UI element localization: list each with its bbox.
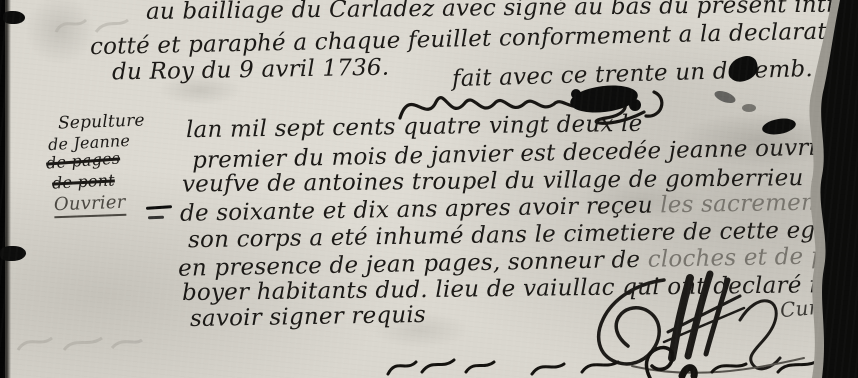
margin-line-ouvrier: Ouvrier (54, 192, 126, 218)
margin-dash-1 (146, 205, 172, 210)
header-line-3: du Roy du 9 avril 1736. (112, 55, 390, 86)
margin-dash-2 (148, 216, 164, 220)
ink-blob-left-top (3, 11, 25, 24)
act-line-1-text: lan mil sept cents quatre vingt deux le (186, 111, 643, 143)
act-line-8-text: savoir signer requis (190, 302, 426, 332)
cutoff-bottom-line (382, 352, 842, 378)
act-line-8: savoir signer requis (190, 302, 426, 332)
torn-right-edge (788, 0, 858, 378)
margin-line-struck-pages: de pages (45, 148, 120, 172)
bleed-through-marks (14, 326, 144, 360)
ink-blob-left-mid (0, 246, 26, 261)
parish-register-scan: au bailliage du Carladez avec signé au b… (0, 0, 858, 378)
ink-smudge-below-date (713, 89, 737, 106)
binding-edge-left (0, 0, 11, 378)
margin-line-sepulture: Sepulture (58, 110, 145, 133)
margin-line-struck-pont: de pont (52, 170, 116, 192)
ink-smudge-below-date-2 (742, 104, 756, 112)
act-line-1: lan mil sept cents quatre vingt deux le (186, 111, 643, 143)
